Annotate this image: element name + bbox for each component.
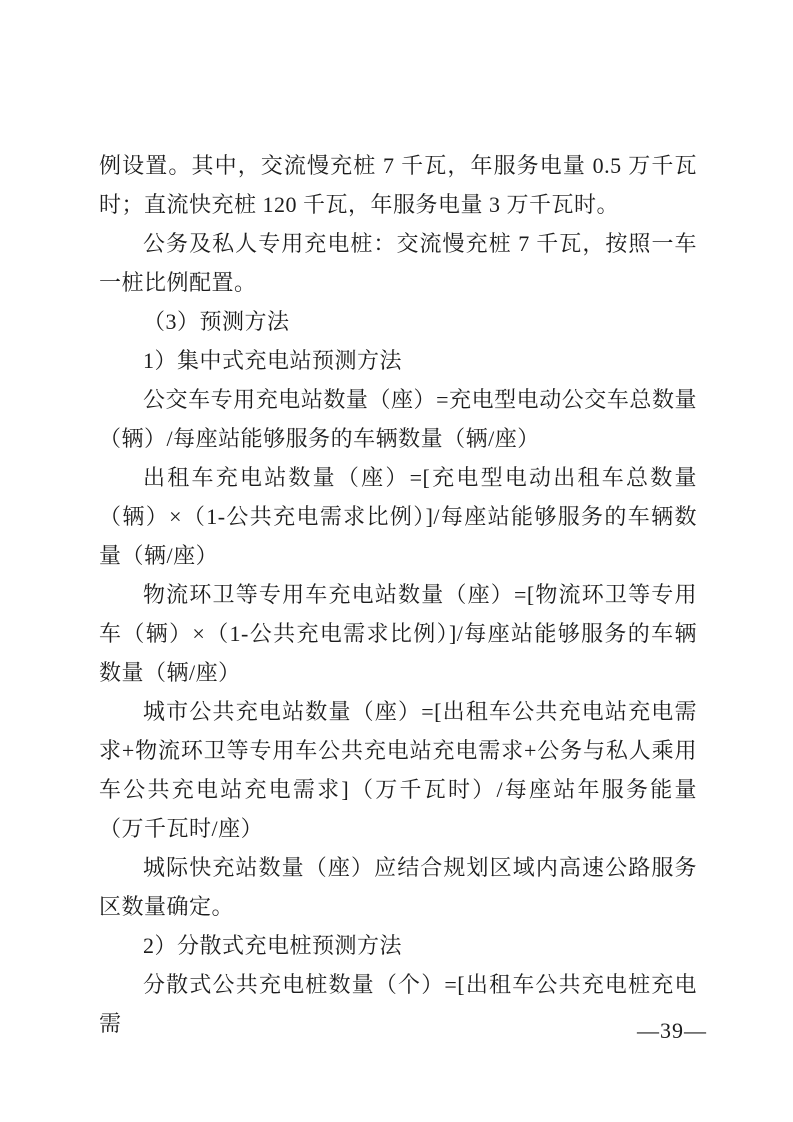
document-page: 例设置。其中，交流慢充桩 7 千瓦，年服务电量 0.5 万千瓦时；直流快充桩 1… — [0, 0, 793, 1122]
paragraph-distributed-pile-formula: 分散式公共充电桩数量（个）=[出租车公共充电桩充电需 — [99, 965, 697, 1043]
paragraph-private-pile-config: 公务及私人专用充电桩：交流慢充桩 7 千瓦，按照一车一桩比例配置。 — [99, 224, 697, 302]
paragraph-logistics-station-formula: 物流环卫等专用车充电站数量（座）=[物流环卫等专用车（辆）×（1-公共充电需求比… — [99, 575, 697, 692]
paragraph-bus-station-formula: 公交车专用充电站数量（座）=充电型电动公交车总数量（辆）/每座站能够服务的车辆数… — [99, 380, 697, 458]
document-body: 例设置。其中，交流慢充桩 7 千瓦，年服务电量 0.5 万千瓦时；直流快充桩 1… — [99, 146, 697, 1043]
page-number: —39— — [637, 1016, 707, 1046]
paragraph-continuation: 例设置。其中，交流慢充桩 7 千瓦，年服务电量 0.5 万千瓦时；直流快充桩 1… — [99, 146, 697, 224]
heading-centralized-station-method: 1）集中式充电站预测方法 — [99, 341, 697, 380]
heading-forecast-method: （3）预测方法 — [99, 302, 697, 341]
paragraph-city-public-station-formula: 城市公共充电站数量（座）=[出租车公共充电站充电需求+物流环卫等专用车公共充电站… — [99, 692, 697, 848]
paragraph-intercity-fast-charge: 城际快充站数量（座）应结合规划区域内高速公路服务区数量确定。 — [99, 848, 697, 926]
heading-distributed-pile-method: 2）分散式充电桩预测方法 — [99, 926, 697, 965]
paragraph-taxi-station-formula: 出租车充电站数量（座）=[充电型电动出租车总数量（辆）×（1-公共充电需求比例）… — [99, 458, 697, 575]
